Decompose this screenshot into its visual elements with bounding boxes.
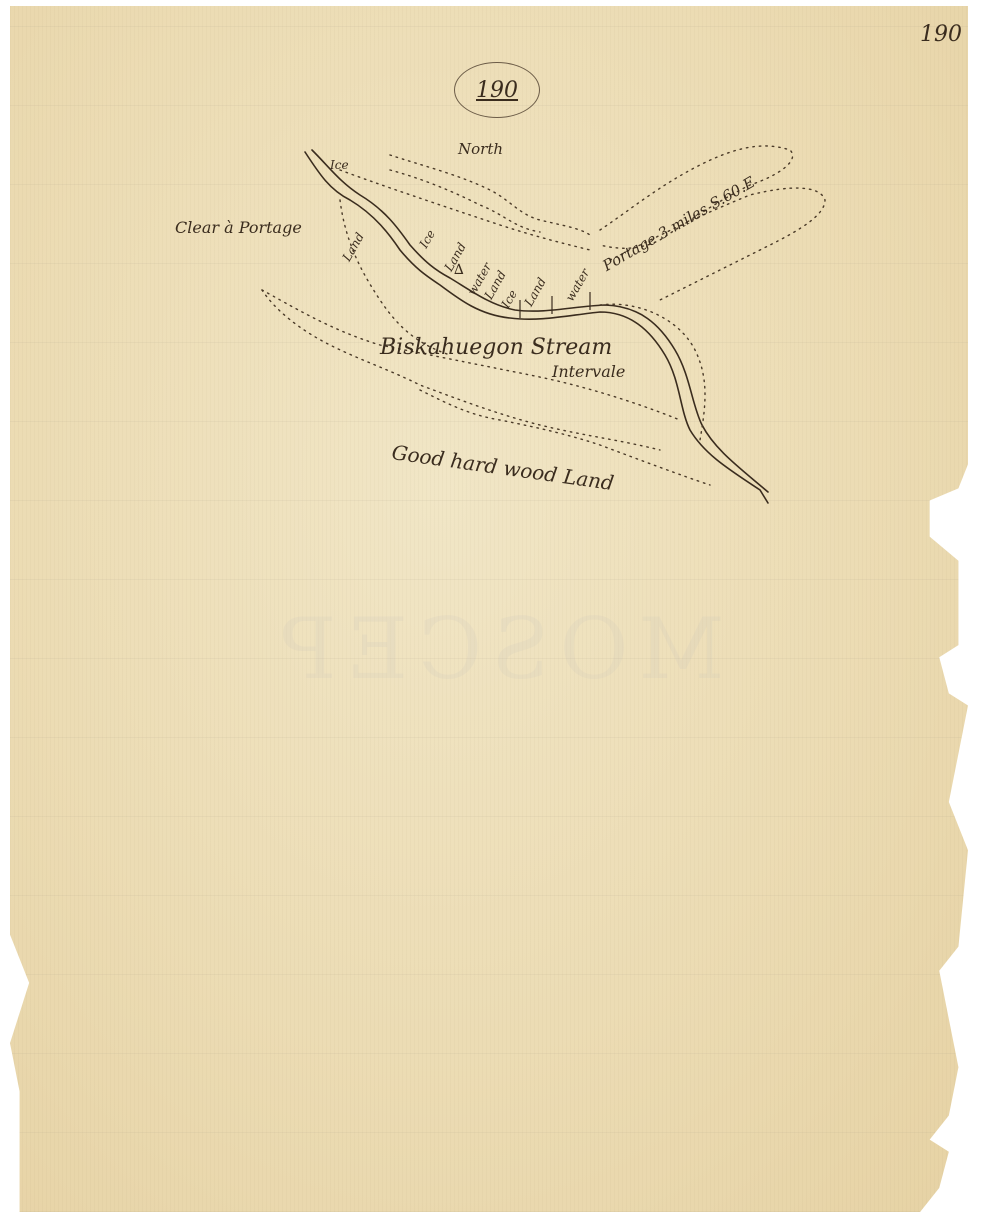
label-intervale: Intervale [552, 362, 625, 381]
triangle-marker: ∆ [454, 262, 464, 278]
dotted-upper-ridge-1 [390, 155, 590, 235]
dotted-portage-hill-1 [600, 146, 793, 248]
label-clear-portage: Clear à Portage [175, 218, 302, 237]
label-ice-1: Ice [330, 158, 349, 172]
dotted-west-bank [340, 200, 450, 355]
label-north: North [458, 140, 503, 158]
label-stream: Biskahuegon Stream [380, 335, 612, 360]
dotted-upper-ridge-3 [340, 170, 590, 250]
map-drawing [0, 0, 1000, 1224]
